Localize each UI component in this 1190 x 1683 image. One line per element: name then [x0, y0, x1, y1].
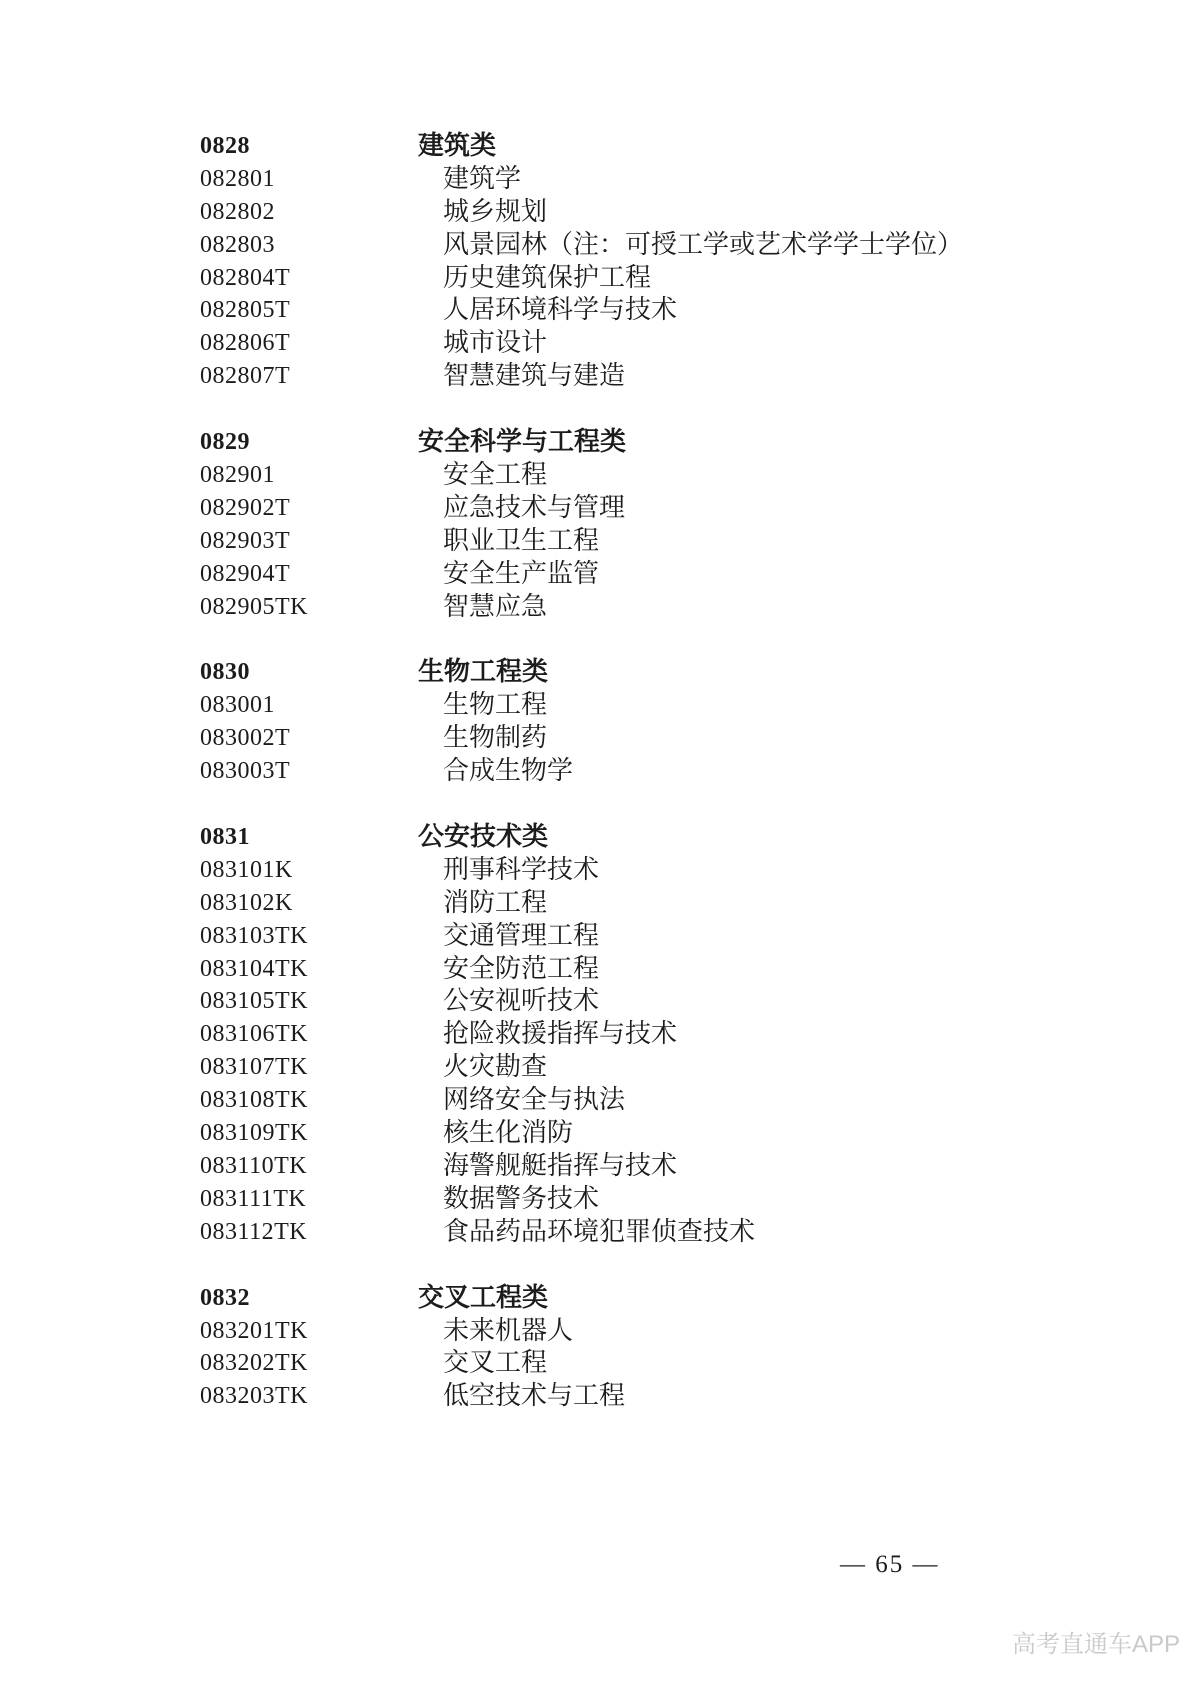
major-row: 083203TK低空技术与工程 [200, 1380, 1140, 1413]
major-code: 082806T [200, 327, 418, 360]
major-code: 083203TK [200, 1380, 418, 1413]
category-row: 0832交叉工程类 [200, 1282, 1140, 1315]
major-name: 公安视听技术 [418, 985, 1140, 1018]
major-row: 083003T合成生物学 [200, 755, 1140, 788]
category-row: 0828建筑类 [200, 130, 1140, 163]
major-name: 消防工程 [418, 887, 1140, 920]
category-row: 0829安全科学与工程类 [200, 426, 1140, 459]
major-code: 083104TK [200, 953, 418, 986]
major-row: 083109TK核生化消防 [200, 1117, 1140, 1150]
page-number: — 65 — [840, 1551, 940, 1579]
category-row: 0831公安技术类 [200, 821, 1140, 854]
major-code: 083112TK [200, 1216, 418, 1249]
category-name: 安全科学与工程类 [418, 426, 1140, 459]
category-code: 0832 [200, 1282, 418, 1315]
major-name: 安全防范工程 [418, 953, 1140, 986]
major-row: 082901安全工程 [200, 459, 1140, 492]
major-code: 082901 [200, 459, 418, 492]
major-code: 082807T [200, 360, 418, 393]
major-row: 082803风景园林（注：可授工学或艺术学学士学位） [200, 229, 1140, 262]
major-name: 人居环境科学与技术 [418, 294, 1140, 327]
major-code: 082903T [200, 525, 418, 558]
major-row: 083107TK火灾勘查 [200, 1051, 1140, 1084]
major-row: 082902T应急技术与管理 [200, 492, 1140, 525]
category-name: 公安技术类 [418, 821, 1140, 854]
major-code: 083102K [200, 887, 418, 920]
major-code: 083105TK [200, 985, 418, 1018]
major-name: 核生化消防 [418, 1117, 1140, 1150]
major-category-section: 0828建筑类082801建筑学082802城乡规划082803风景园林（注：可… [200, 130, 1140, 393]
major-name: 交通管理工程 [418, 920, 1140, 953]
major-name: 交叉工程 [418, 1347, 1140, 1380]
major-name: 食品药品环境犯罪侦查技术 [418, 1216, 1140, 1249]
major-name: 应急技术与管理 [418, 492, 1140, 525]
major-row: 082807T智慧建筑与建造 [200, 360, 1140, 393]
major-code: 083002T [200, 722, 418, 755]
major-name: 历史建筑保护工程 [418, 262, 1140, 295]
major-name: 建筑学 [418, 163, 1140, 196]
major-name: 职业卫生工程 [418, 525, 1140, 558]
major-name: 生物工程 [418, 689, 1140, 722]
major-code: 083001 [200, 689, 418, 722]
category-name: 生物工程类 [418, 656, 1140, 689]
category-name: 建筑类 [418, 130, 1140, 163]
watermark-gaokao-zhitongche-app: 高考直通车APP [1012, 1624, 1180, 1659]
major-row: 082802城乡规划 [200, 196, 1140, 229]
major-name: 合成生物学 [418, 755, 1140, 788]
major-code: 082805T [200, 294, 418, 327]
major-category-section: 0830生物工程类083001生物工程083002T生物制药083003T合成生… [200, 656, 1140, 788]
major-name: 智慧应急 [418, 591, 1140, 624]
major-name: 城乡规划 [418, 196, 1140, 229]
major-row: 083103TK交通管理工程 [200, 920, 1140, 953]
major-name: 安全生产监管 [418, 558, 1140, 591]
major-row: 083102K消防工程 [200, 887, 1140, 920]
major-category-section: 0829安全科学与工程类082901安全工程082902T应急技术与管理0829… [200, 426, 1140, 623]
major-code: 083103TK [200, 920, 418, 953]
major-row: 083111TK数据警务技术 [200, 1183, 1140, 1216]
major-row: 083105TK公安视听技术 [200, 985, 1140, 1018]
major-row: 083112TK食品药品环境犯罪侦查技术 [200, 1216, 1140, 1249]
major-code: 082802 [200, 196, 418, 229]
major-code: 083201TK [200, 1315, 418, 1348]
major-row: 082905TK智慧应急 [200, 591, 1140, 624]
category-code: 0829 [200, 426, 418, 459]
major-code: 083106TK [200, 1018, 418, 1051]
major-category-section: 0832交叉工程类083201TK未来机器人083202TK交叉工程083203… [200, 1282, 1140, 1414]
major-code: 083108TK [200, 1084, 418, 1117]
major-code: 083110TK [200, 1150, 418, 1183]
major-name: 智慧建筑与建造 [418, 360, 1140, 393]
category-name: 交叉工程类 [418, 1282, 1140, 1315]
major-name: 刑事科学技术 [418, 854, 1140, 887]
major-name: 未来机器人 [418, 1315, 1140, 1348]
major-name: 火灾勘查 [418, 1051, 1140, 1084]
major-name: 风景园林（注：可授工学或艺术学学士学位） [418, 229, 1140, 262]
category-code: 0830 [200, 656, 418, 689]
major-row: 083001生物工程 [200, 689, 1140, 722]
major-category-section: 0831公安技术类083101K刑事科学技术083102K消防工程083103T… [200, 821, 1140, 1249]
major-name: 城市设计 [418, 327, 1140, 360]
major-row: 083201TK未来机器人 [200, 1315, 1140, 1348]
major-row: 082801建筑学 [200, 163, 1140, 196]
major-name: 抢险救援指挥与技术 [418, 1018, 1140, 1051]
major-row: 083002T生物制药 [200, 722, 1140, 755]
major-name: 数据警务技术 [418, 1183, 1140, 1216]
category-code: 0828 [200, 130, 418, 163]
major-row: 082805T人居环境科学与技术 [200, 294, 1140, 327]
major-code: 083003T [200, 755, 418, 788]
major-code: 082803 [200, 229, 418, 262]
major-row: 083104TK安全防范工程 [200, 953, 1140, 986]
major-code: 083101K [200, 854, 418, 887]
major-name: 生物制药 [418, 722, 1140, 755]
major-code: 083109TK [200, 1117, 418, 1150]
major-name: 海警舰艇指挥与技术 [418, 1150, 1140, 1183]
category-code: 0831 [200, 821, 418, 854]
major-row: 083101K刑事科学技术 [200, 854, 1140, 887]
major-row: 082804T历史建筑保护工程 [200, 262, 1140, 295]
major-code: 083202TK [200, 1347, 418, 1380]
major-code: 082904T [200, 558, 418, 591]
major-code-list: 0828建筑类082801建筑学082802城乡规划082803风景园林（注：可… [200, 130, 1140, 1413]
major-code: 083111TK [200, 1183, 418, 1216]
major-name: 安全工程 [418, 459, 1140, 492]
document-page: 0828建筑类082801建筑学082802城乡规划082803风景园林（注：可… [0, 0, 1190, 1683]
major-code: 082804T [200, 262, 418, 295]
major-name: 网络安全与执法 [418, 1084, 1140, 1117]
major-row: 083202TK交叉工程 [200, 1347, 1140, 1380]
major-code: 082902T [200, 492, 418, 525]
major-code: 082905TK [200, 591, 418, 624]
category-row: 0830生物工程类 [200, 656, 1140, 689]
major-row: 083106TK抢险救援指挥与技术 [200, 1018, 1140, 1051]
major-code: 082801 [200, 163, 418, 196]
major-name: 低空技术与工程 [418, 1380, 1140, 1413]
major-row: 083108TK网络安全与执法 [200, 1084, 1140, 1117]
major-code: 083107TK [200, 1051, 418, 1084]
major-row: 082904T安全生产监管 [200, 558, 1140, 591]
major-row: 083110TK海警舰艇指挥与技术 [200, 1150, 1140, 1183]
major-row: 082806T城市设计 [200, 327, 1140, 360]
major-row: 082903T职业卫生工程 [200, 525, 1140, 558]
